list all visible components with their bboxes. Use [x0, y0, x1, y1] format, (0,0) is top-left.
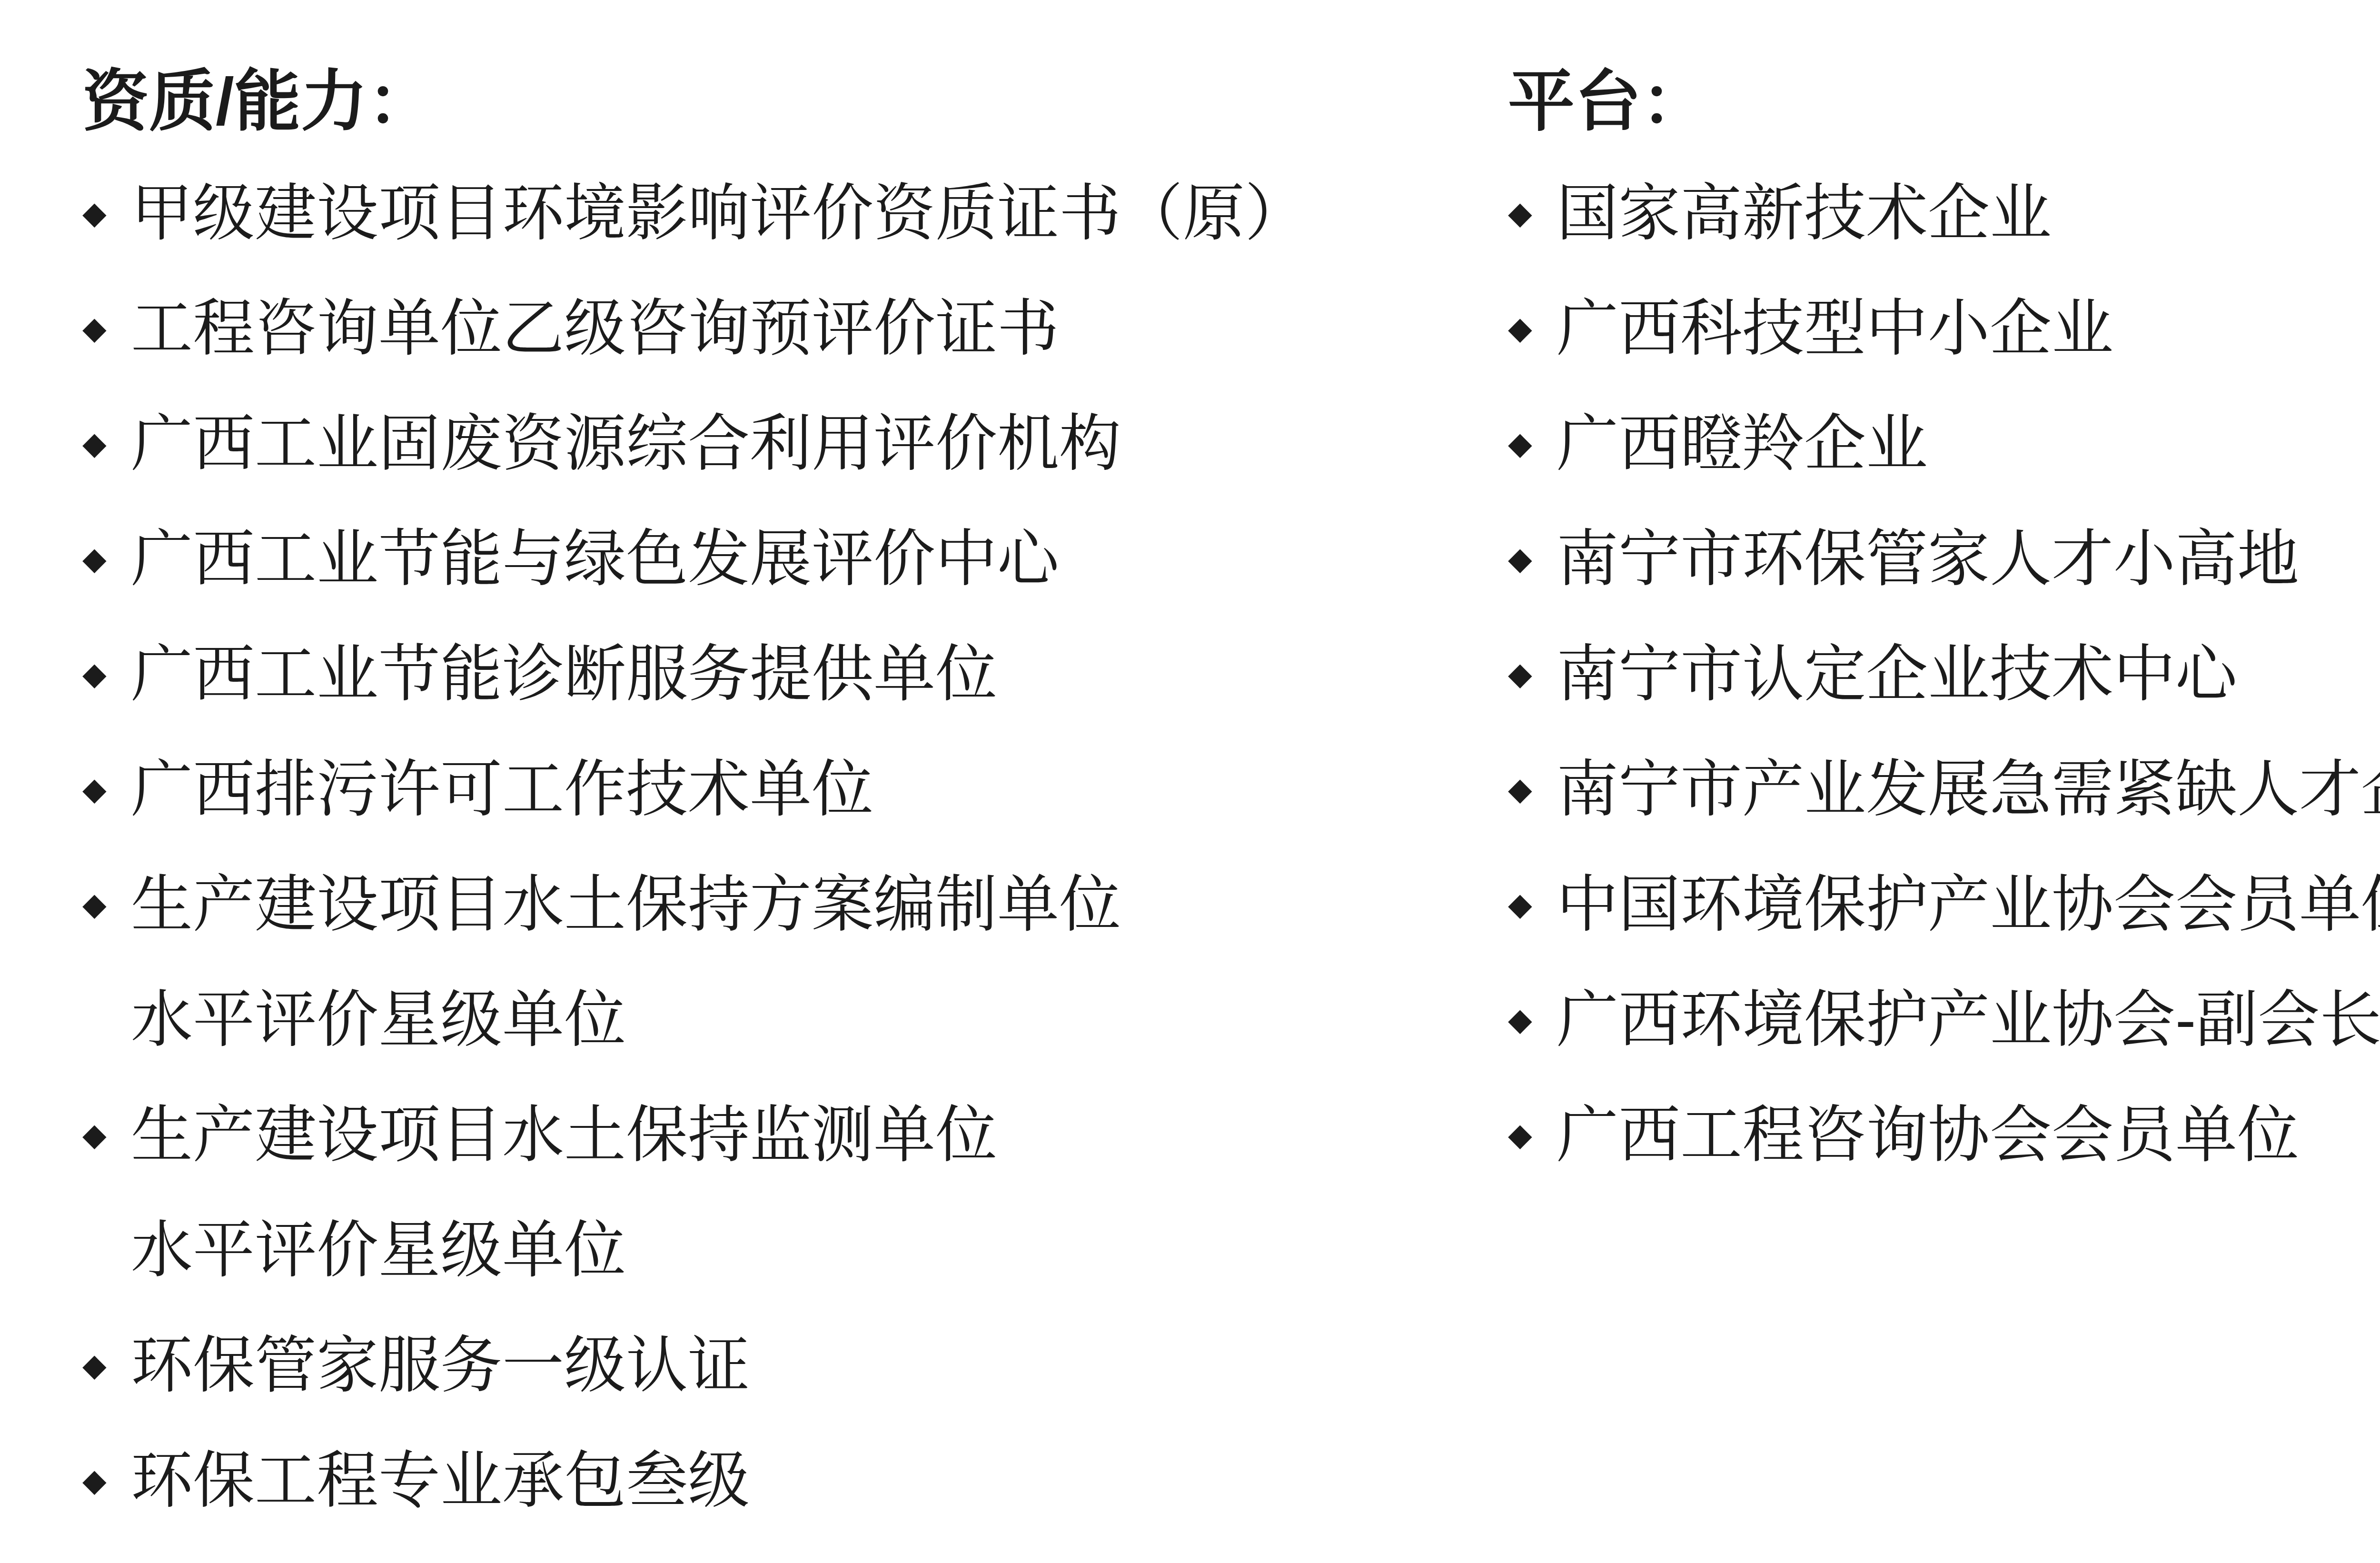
item-text: 生产建设项目水土保持方案编制单位	[131, 870, 1121, 938]
item-text: 国家高新技术企业	[1557, 179, 2052, 247]
list-item: ◆ 甲级建设项目环境影响评价资质证书（原）	[82, 155, 1487, 270]
slide-content: 资质/能力： ◆ 甲级建设项目环境影响评价资质证书（原） ◆ 工程咨询单位乙级咨…	[0, 0, 2380, 1563]
item-text: 南宁市产业发展急需紧缺人才企业	[1557, 755, 2380, 823]
list-item: ◆ 环保工程专业承包叁级	[82, 1423, 1487, 1538]
item-text: 生产建设项目水土保持监测单位	[131, 1101, 997, 1169]
item-text: 广西排污许可工作技术单位	[131, 755, 873, 823]
column-heading: 平台：	[1508, 61, 2380, 142]
list-item: ◆ 南宁市环保管家人才小高地	[1508, 501, 2380, 616]
diamond-bullet-icon: ◆	[82, 312, 131, 344]
diamond-bullet-icon: ◆	[1508, 1004, 1557, 1035]
list-item: ◆ 中国环境保护产业协会会员单位	[1508, 846, 2380, 962]
item-text: 甲级建设项目环境影响评价资质证书（原）	[131, 179, 1307, 247]
list-item: ◆ 广西工业固废资源综合利用评价机构	[82, 386, 1487, 501]
diamond-bullet-icon: ◆	[82, 428, 131, 459]
item-text: 广西瞪羚企业	[1557, 409, 1928, 478]
item-list: ◆ 甲级建设项目环境影响评价资质证书（原） ◆ 工程咨询单位乙级咨询预评价证书 …	[82, 155, 1487, 1538]
list-item: ◆ 南宁市产业发展急需紧缺人才企业	[1508, 731, 2380, 846]
diamond-bullet-icon: ◆	[1508, 1119, 1557, 1150]
item-text: 工程咨询单位乙级咨询预评价证书	[131, 294, 1059, 362]
item-text: 南宁市认定企业技术中心	[1557, 640, 2237, 708]
diamond-bullet-icon: ◆	[1508, 312, 1557, 344]
list-item: ◆ 工程咨询单位乙级咨询预评价证书	[82, 270, 1487, 386]
item-text: 广西环境保护产业协会-副会长单位	[1557, 986, 2380, 1054]
diamond-bullet-icon: ◆	[1508, 543, 1557, 574]
item-text: 水平评价星级单位	[131, 1216, 626, 1284]
item-list: ◆ 国家高新技术企业 ◆ 广西科技型中小企业 ◆ 广西瞪羚企业 ◆ 南宁市环保管…	[1508, 155, 2380, 1192]
list-item: ◆ 广西科技型中小企业	[1508, 270, 2380, 386]
diamond-bullet-icon: ◆	[82, 543, 131, 574]
item-text: 环保管家服务一级认证	[131, 1331, 750, 1399]
list-item: ◆ 南宁市认定企业技术中心	[1508, 616, 2380, 731]
list-item: ◆ 国家高新技术企业	[1508, 155, 2380, 270]
diamond-bullet-icon: ◆	[1508, 428, 1557, 459]
item-text: 广西工业节能诊断服务提供单位	[131, 640, 997, 708]
list-item-continuation: 水平评价星级单位	[82, 1192, 1487, 1307]
column-qualifications: 资质/能力： ◆ 甲级建设项目环境影响评价资质证书（原） ◆ 工程咨询单位乙级咨…	[82, 61, 1487, 1538]
diamond-bullet-icon: ◆	[82, 658, 131, 689]
diamond-bullet-icon: ◆	[1508, 658, 1557, 689]
list-item: ◆ 广西环境保护产业协会-副会长单位	[1508, 962, 2380, 1077]
list-item: ◆ 广西工业节能诊断服务提供单位	[82, 616, 1487, 731]
list-item: ◆ 广西瞪羚企业	[1508, 386, 2380, 501]
list-item-continuation: 水平评价星级单位	[82, 962, 1487, 1077]
list-item: ◆ 广西工业节能与绿色发展评价中心	[82, 501, 1487, 616]
column-platforms: 平台： ◆ 国家高新技术企业 ◆ 广西科技型中小企业 ◆ 广西瞪羚企业 ◆ 南宁…	[1508, 61, 2380, 1192]
item-text: 环保工程专业承包叁级	[131, 1446, 750, 1514]
item-text: 广西工程咨询协会会员单位	[1557, 1101, 2299, 1169]
column-heading: 资质/能力：	[82, 61, 1487, 142]
diamond-bullet-icon: ◆	[82, 1349, 131, 1381]
diamond-bullet-icon: ◆	[1508, 773, 1557, 805]
item-text: 广西科技型中小企业	[1557, 294, 2113, 362]
list-item: ◆ 生产建设项目水土保持方案编制单位	[82, 846, 1487, 962]
item-text: 广西工业节能与绿色发展评价中心	[131, 525, 1059, 593]
item-text: 水平评价星级单位	[131, 986, 626, 1054]
diamond-bullet-icon: ◆	[82, 197, 131, 229]
diamond-bullet-icon: ◆	[82, 888, 131, 920]
list-item: ◆ 广西排污许可工作技术单位	[82, 731, 1487, 846]
diamond-bullet-icon: ◆	[1508, 197, 1557, 229]
diamond-bullet-icon: ◆	[1508, 888, 1557, 920]
list-item: ◆ 生产建设项目水土保持监测单位	[82, 1077, 1487, 1192]
list-item: ◆ 广西工程咨询协会会员单位	[1508, 1077, 2380, 1192]
item-text: 中国环境保护产业协会会员单位	[1557, 870, 2380, 938]
diamond-bullet-icon: ◆	[82, 773, 131, 805]
item-text: 南宁市环保管家人才小高地	[1557, 525, 2299, 593]
diamond-bullet-icon: ◆	[82, 1464, 131, 1496]
list-item: ◆ 环保管家服务一级认证	[82, 1307, 1487, 1423]
item-text: 广西工业固废资源综合利用评价机构	[131, 409, 1121, 478]
diamond-bullet-icon: ◆	[82, 1119, 131, 1150]
